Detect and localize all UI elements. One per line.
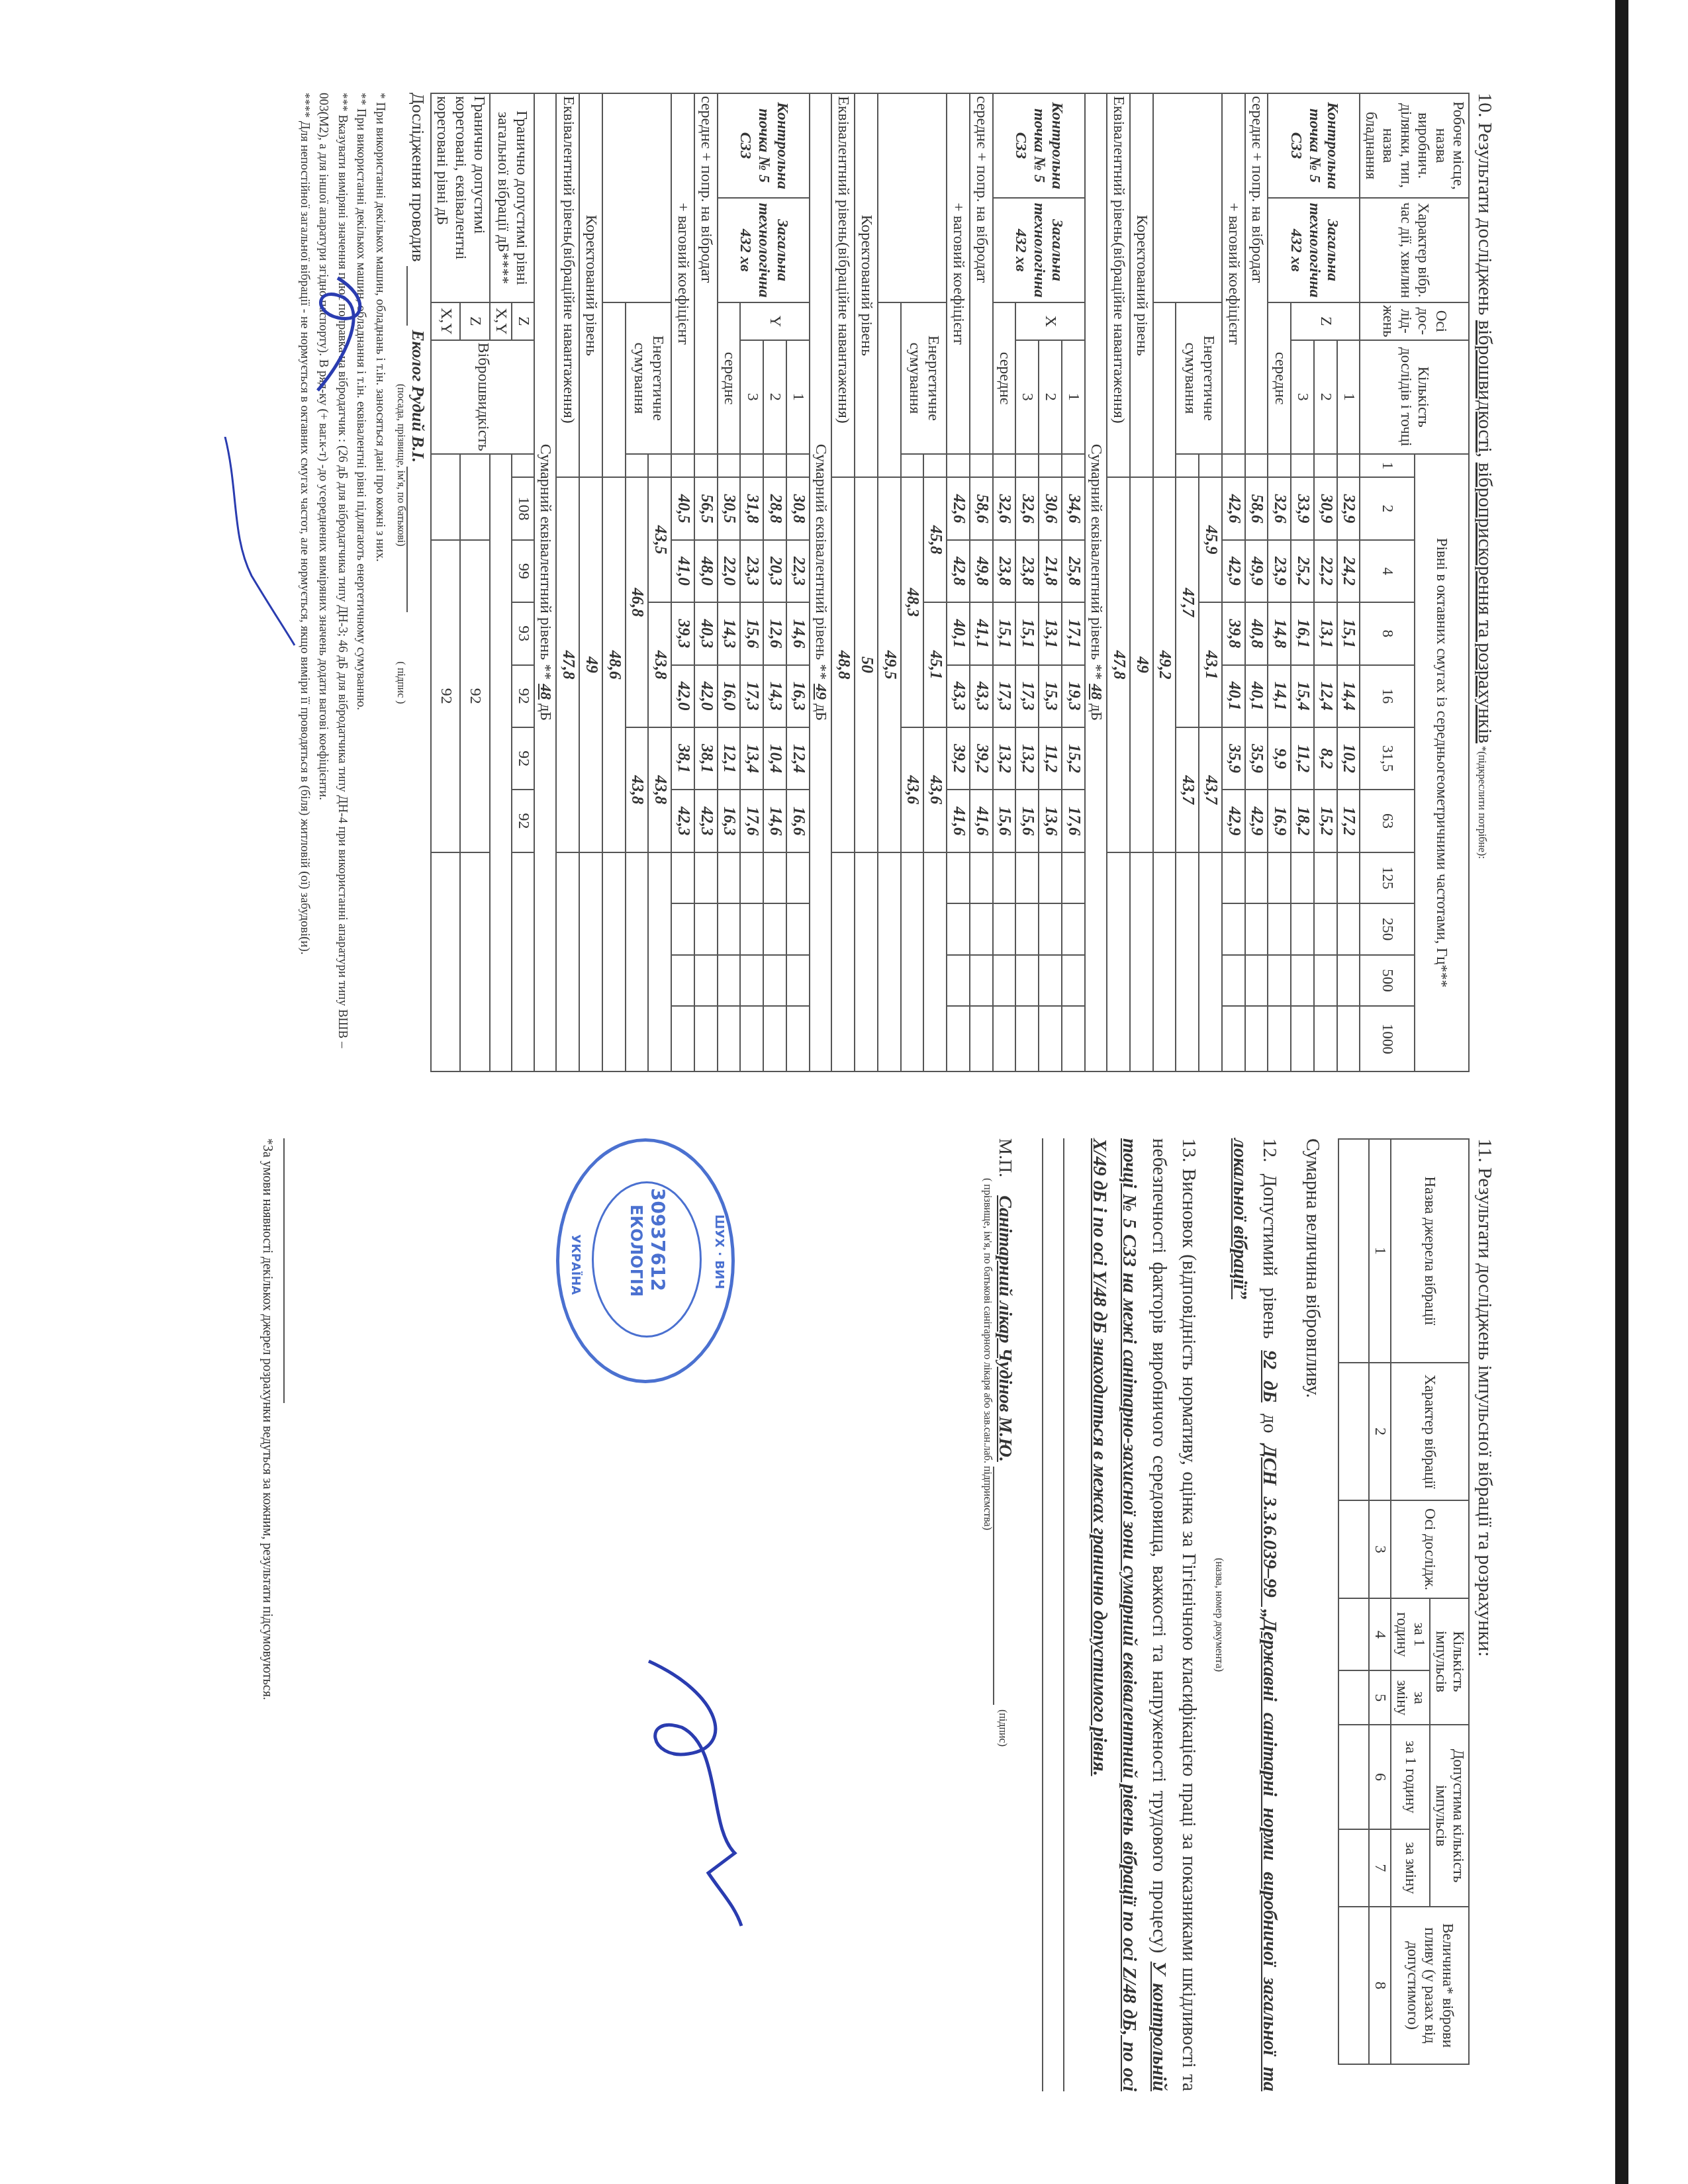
scan-margin: [1628, 0, 1688, 2184]
axis-cell: X: [1015, 302, 1084, 340]
character-cell: Загальна технологічна 432 хв: [718, 198, 810, 302]
character-cell: Загальна технологічна 432 хв: [993, 198, 1085, 302]
scan-edge: [1615, 0, 1628, 2184]
total-level-row: Сумарний еквівалентний рівень ** 49 дБ: [810, 93, 832, 1071]
freq-5: 31,5: [1360, 727, 1414, 790]
footnote-3: *** Вказувати виміряні значення плюс поп…: [314, 93, 352, 1072]
footnote: *За умови наявності декількох джерел роз…: [259, 1138, 275, 1700]
section-10-title: 10. Результати досліджень віброшвидкості…: [1474, 93, 1496, 1072]
header-workplace: Робоче місце, назва виробнич. ділянки, т…: [1360, 93, 1469, 198]
total-level-row: Сумарний еквівалентний рівень ** 48 дБ: [534, 93, 557, 1071]
character-cell: Загальна технологічна 432 хв: [1268, 198, 1360, 302]
section-11-title: 11. Результати досліджень імпульсної віб…: [1474, 1138, 1496, 2091]
footnote-2: ** При використанні декількох машин, обл…: [352, 93, 371, 1072]
freq-9: 500: [1360, 955, 1414, 1007]
freq-10: 1000: [1360, 1006, 1414, 1071]
empty-row: [1338, 1139, 1369, 2064]
section-10: 10. Результати досліджень віброшвидкості…: [185, 93, 1496, 1072]
company-stamp: 30937612 ЕКОЛОГІЯ ШУХ · ВИЧ УКРАЇНА: [556, 1138, 735, 1383]
header-levels: Рівні в октавних смугах із середньогеоме…: [1415, 454, 1469, 1071]
footnotes: * При використанні декількох машин, обла…: [295, 93, 389, 1072]
axis-cell: Y: [740, 302, 809, 340]
measurement-row: Контрольна точка № 5 СЗЗЗагальна техноло…: [786, 93, 810, 1071]
section-13: 13. Висновок (відповідність нормативу, о…: [1084, 1138, 1203, 2091]
workplace-cell: Контрольна точка № 5 СЗЗ: [1268, 93, 1360, 198]
conducted-by: Дослідження проводив Еколог Рудий В.І.: [406, 93, 428, 1072]
total-level-row: Сумарний еквівалентний рівень ** 48 дБ: [1085, 93, 1107, 1071]
signature-ecologist: [305, 271, 377, 404]
impulse-vibration-table: Назва джерела вібрації Характер вібрації…: [1338, 1138, 1470, 2065]
header-character: Характер вібр. час дії, хвилин: [1360, 198, 1469, 302]
freq-7: 125: [1360, 852, 1414, 904]
vibration-results-table: Робоче місце, назва виробнич. ділянки, т…: [430, 93, 1470, 1072]
freq-2: 4: [1360, 540, 1414, 602]
rotated-document-page: 10. Результати досліджень віброшвидкості…: [185, 93, 1496, 2091]
freq-6: 63: [1360, 790, 1414, 852]
axis-cell: Z: [1291, 302, 1360, 340]
freq-0: 1: [1360, 454, 1414, 478]
sections-11-13: 11. Результати досліджень імпульсної віб…: [185, 1138, 1496, 2091]
conducted-name: Еколог Рудий В.І.: [408, 330, 428, 462]
total-impact: Сумарна величина вібровпливу.: [1297, 1138, 1327, 2091]
freq-8: 250: [1360, 903, 1414, 955]
footnote-1: * При використанні декількох машин, обла…: [370, 93, 389, 1072]
signature-trail: [218, 437, 298, 649]
header-count: Кількість дослідів і точці: [1360, 340, 1469, 454]
signature-block: М.П. Санітарний лікар Чудінов М.Ю. (підп…: [993, 1138, 1015, 2091]
measurement-row: Контрольна точка № 5 СЗЗЗагальна техноло…: [1062, 93, 1085, 1071]
freq-1: 2: [1360, 477, 1414, 539]
workplace-cell: Контрольна точка № 5 СЗЗ: [718, 93, 810, 198]
freq-3: 8: [1360, 602, 1414, 664]
doctor-name: Санітарний лікар Чудінов М.Ю.: [995, 1195, 1015, 1462]
workplace-cell: Контрольна точка № 5 СЗЗ: [993, 93, 1085, 198]
measurement-row: Контрольна точка № 5 СЗЗЗагальна техноло…: [1337, 93, 1360, 1071]
section-12: 12. Допустимий рівень 92 дБ до ДСН 3.3.6…: [1225, 1138, 1284, 2091]
freq-4: 16: [1360, 665, 1414, 727]
header-axes: Осі дос-лід-жень: [1360, 302, 1469, 340]
signature-doctor: [629, 1655, 748, 1933]
column-numbers-row: 12345678: [1369, 1139, 1391, 2064]
signature-line: [406, 266, 428, 326]
